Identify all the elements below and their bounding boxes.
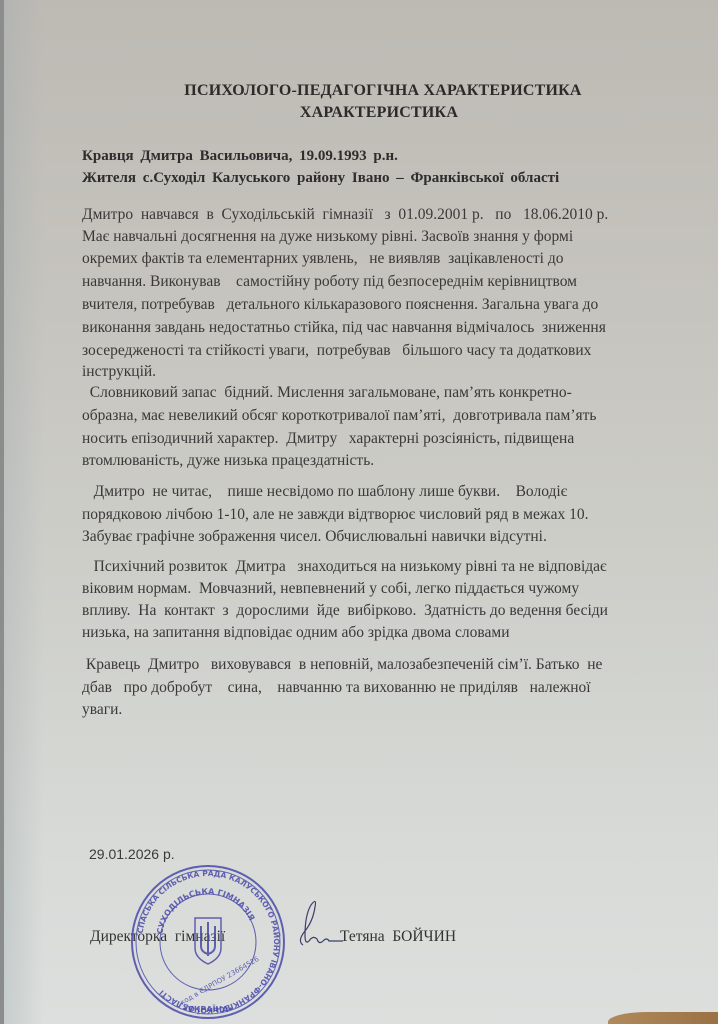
body-line: інструкцій. [82, 362, 156, 382]
body-line: Психічний розвиток Дмитра знаходиться на… [82, 557, 607, 577]
body-line: Словниковий запас бідний. Мислення загал… [82, 383, 572, 403]
body-line: Забуває графічне зображення чисел. Обчис… [82, 527, 547, 547]
body-line: вчителя, потребував детального кількараз… [82, 295, 598, 315]
table-surface [608, 1012, 718, 1024]
body-line: Має навчальні досягнення на дуже низьком… [82, 227, 573, 247]
body-line: навчання. Виконував самостійну роботу пі… [82, 272, 577, 292]
body-line: окремих фактів та елементарних уявлень, … [82, 249, 564, 269]
document-subtitle: ХАРАКТЕРИСТИКА [0, 104, 718, 122]
body-line: втомлюваність, дуже низька працездатніст… [82, 451, 374, 471]
handwritten-signature [275, 895, 345, 955]
body-line: дбав про добробут сина, навчанню та вихо… [82, 678, 591, 698]
body-line: носить епізодичний характер. Дмитру хара… [82, 429, 574, 449]
signatory-name: Тетяна БОЙЧИН [340, 928, 456, 946]
body-line: зосередженості та стійкості уваги, потре… [82, 341, 591, 361]
body-line: виконання завдань недостатньо стійка, пі… [82, 318, 606, 338]
subject-name: Кравця Дмитра Васильовича, 19.09.1993 р.… [82, 148, 398, 165]
document-title: ПСИХОЛОГО-ПЕДАГОГІЧНА ХАРАКТЕРИСТИКА [0, 82, 718, 100]
body-line: Дмитро не читає, пише несвідомо по шабло… [82, 482, 567, 502]
body-line: Кравець Дмитро виховувався в неповній, м… [82, 655, 602, 675]
svg-text:•УКРАЇНА•: •УКРАЇНА• [183, 1004, 234, 1014]
body-line: уваги. [82, 700, 122, 720]
document-date: 29.01.2026 р. [89, 846, 175, 862]
official-stamp: СПАСЬКА СІЛЬСЬКА РАДА КАЛУСЬКОГО РАЙОНУ … [118, 862, 298, 1022]
trident-icon [195, 918, 221, 964]
body-line: віковим нормам. Мовчазний, невпевнений у… [82, 579, 579, 599]
body-line: впливу. На контакт з дорослими йде вибір… [82, 601, 608, 621]
svg-text:СУХОДІЛЬСЬКА ГІМНАЗІЯ: СУХОДІЛЬСЬКА ГІМНАЗІЯ [155, 887, 256, 935]
body-line: образна, має невеликий обсяг короткотрив… [82, 406, 596, 426]
body-line: порядковою лічбою 1-10, але не завжди ві… [82, 505, 588, 525]
subject-residence: Жителя с.Суходіл Калуського району Івано… [82, 170, 559, 187]
body-line: Дмитро навчався в Суходільській гімназії… [82, 205, 608, 225]
body-line: низька, на запитання відповідає одним аб… [82, 623, 510, 643]
